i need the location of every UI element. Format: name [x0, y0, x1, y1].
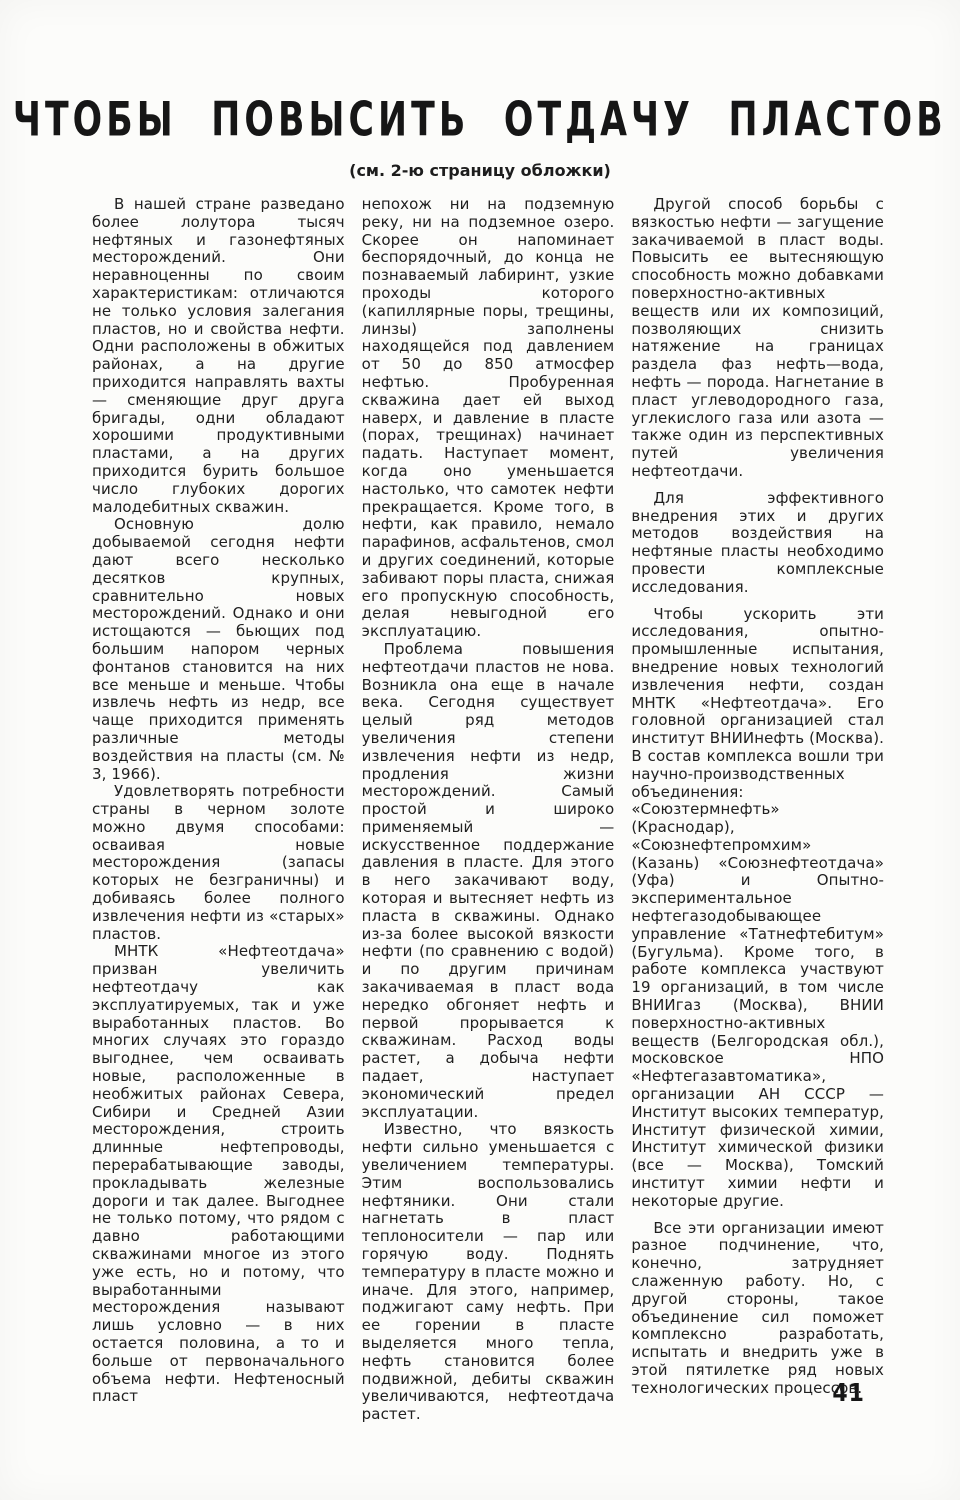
paragraph: Чтобы ускорить эти исследования, опытно-… — [631, 606, 884, 1211]
article-title-row: ЧТОБЫ ПОВЫСИТЬ ОТДАЧУ ПЛАСТОВ — [0, 96, 960, 148]
page-number: 41 — [832, 1379, 865, 1408]
paragraph: Известно, что вязкость нефти сильно умен… — [362, 1121, 615, 1424]
article-title: ЧТОБЫ ПОВЫСИТЬ ОТДАЧУ ПЛАСТОВ — [13, 93, 947, 148]
text-columns: В нашей стране разведано более лолутора … — [92, 196, 884, 1424]
paragraph: Другой способ борьбы с вязкостью нефти —… — [631, 196, 884, 481]
paragraph: Для эффективного внедрения этих и других… — [631, 490, 884, 597]
text-column-1: В нашей стране разведано более лолутора … — [92, 196, 345, 1424]
paragraph: МНТК «Нефтеотдача» призван увеличить неф… — [92, 943, 345, 1406]
paragraph: непохож ни на подземную реку, ни на подз… — [362, 196, 615, 641]
paragraph: Основную долю добываемой сегодня нефти д… — [92, 516, 345, 783]
paragraph: Проблема повышения нефтеотдачи пластов н… — [362, 641, 615, 1122]
text-column-3: Другой способ борьбы с вязкостью нефти —… — [631, 196, 884, 1424]
paragraph: Все эти организации имеют разное подчине… — [631, 1220, 884, 1398]
paragraph: В нашей стране разведано более лолутора … — [92, 196, 345, 516]
article-subtitle: (см. 2-ю страницу обложки) — [0, 161, 960, 180]
magazine-page: ЧТОБЫ ПОВЫСИТЬ ОТДАЧУ ПЛАСТОВ (см. 2-ю с… — [0, 0, 960, 1500]
paragraph: Удовлетворять потребности страны в черно… — [92, 783, 345, 943]
text-column-2: непохож ни на подземную реку, ни на подз… — [362, 196, 615, 1424]
